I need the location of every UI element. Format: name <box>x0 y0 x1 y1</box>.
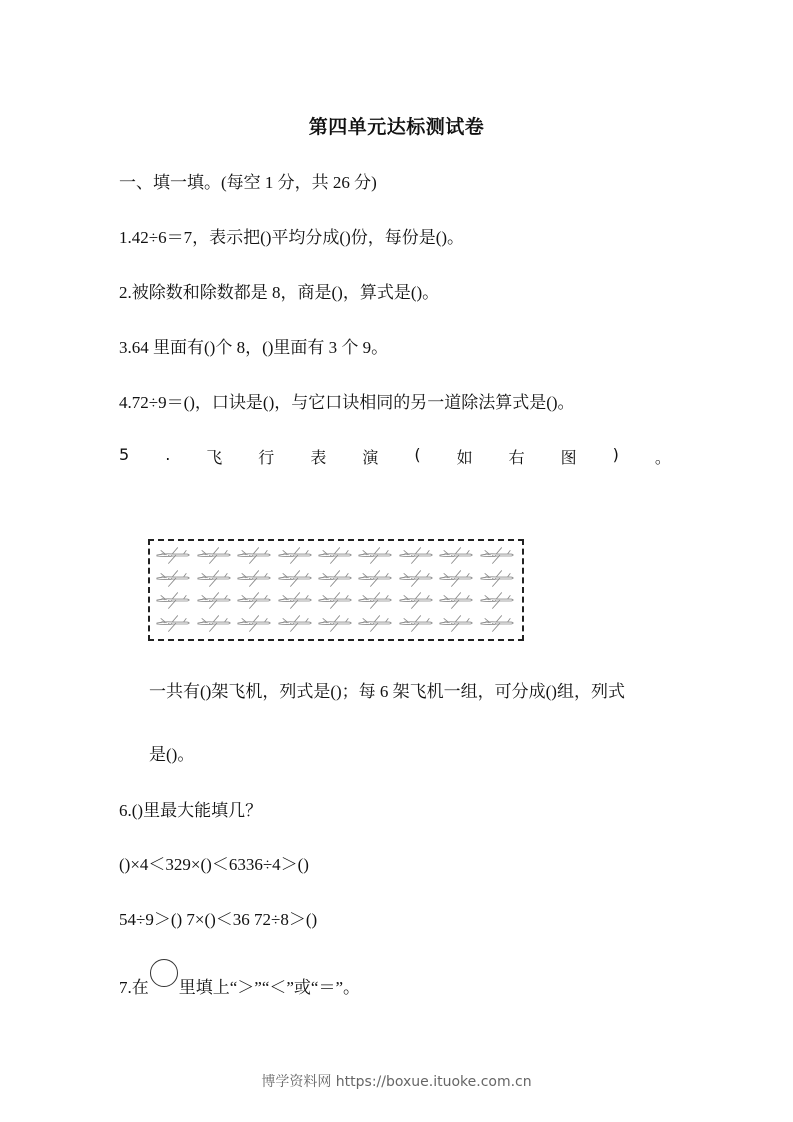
airplane-icon <box>316 613 356 636</box>
q5-char: 图 <box>561 445 577 468</box>
airplane-icon <box>437 590 477 613</box>
question-5-line-2: 是()。 <box>149 744 194 766</box>
q5-char: . <box>165 445 170 468</box>
q5-char: ( <box>414 445 420 468</box>
circle-icon <box>150 959 178 987</box>
watermark-footer: 博学资料网 https://boxue.ituoke.com.cn <box>0 1071 793 1091</box>
airplane-icon <box>437 545 477 568</box>
question-3: 3.64 里面有()个 8，()里面有 3 个 9。 <box>119 337 388 359</box>
airplane-icon <box>275 590 315 613</box>
q7-suffix: 里填上“＞”“＜”或“＝”。 <box>179 978 360 997</box>
airplane-icon <box>235 568 275 591</box>
page-title: 第四单元达标测试卷 <box>0 112 793 139</box>
airplane-icon <box>154 568 194 591</box>
question-5-heading: 5 . 飞 行 表 演 ( 如 右 图 ) 。 <box>119 445 671 468</box>
airplane-icon <box>478 613 518 636</box>
airplane-icon <box>275 568 315 591</box>
airplane-icon <box>397 590 437 613</box>
airplane-icon <box>235 545 275 568</box>
question-2: 2.被除数和除数都是 8，商是()，算式是()。 <box>119 282 439 304</box>
airplane-icon <box>356 545 396 568</box>
airplane-icon <box>154 613 194 636</box>
airplane-icon <box>235 590 275 613</box>
question-6: 6.()里最大能填几？ <box>119 800 262 822</box>
airplane-icon <box>397 545 437 568</box>
airplane-icon <box>316 568 356 591</box>
airplane-icon <box>478 568 518 591</box>
q5-char: 。 <box>655 445 671 468</box>
airplane-icon <box>397 568 437 591</box>
q5-char: 行 <box>258 445 274 468</box>
section-heading: 一、填一填。(每空 1 分，共 26 分) <box>119 172 377 194</box>
question-7: 7.在里填上“＞”“＜”或“＝”。 <box>119 967 360 999</box>
question-1: 1.42÷6＝7，表示把()平均分成()份，每份是()。 <box>119 227 464 249</box>
airplane-icon <box>356 613 396 636</box>
question-4: 4.72÷9＝()，口诀是()，与它口诀相同的另一道除法算式是()。 <box>119 392 575 414</box>
airplane-icon <box>235 613 275 636</box>
q5-char: 演 <box>362 445 378 468</box>
airplane-icon <box>194 545 234 568</box>
airplane-icon <box>194 590 234 613</box>
airplane-icon <box>478 590 518 613</box>
q5-char: 飞 <box>206 445 222 468</box>
question-6-row-1: ()×4＜329×()＜6336÷4＞() <box>119 854 309 876</box>
airplane-icon <box>154 545 194 568</box>
question-5-line-1: 一共有()架飞机，列式是()；每 6 架飞机一组，可分成()组，列式 <box>149 681 625 703</box>
q5-char: ) <box>613 445 619 468</box>
airplane-formation-figure <box>148 539 524 641</box>
q5-char: 右 <box>509 445 525 468</box>
question-6-row-2: 54÷9＞() 7×()＜36 72÷8＞() <box>119 909 317 931</box>
airplane-icon <box>275 613 315 636</box>
airplane-icon <box>316 545 356 568</box>
airplane-icon <box>478 545 518 568</box>
airplane-icon <box>397 613 437 636</box>
q7-prefix: 7.在 <box>119 978 149 997</box>
airplane-icon <box>275 545 315 568</box>
airplane-icon <box>356 590 396 613</box>
airplane-icon <box>154 590 194 613</box>
q5-char: 表 <box>310 445 326 468</box>
airplane-icon <box>194 613 234 636</box>
airplane-icon <box>437 613 477 636</box>
airplane-icon <box>437 568 477 591</box>
airplane-icon <box>356 568 396 591</box>
q5-char: 5 <box>119 445 129 468</box>
airplane-icon <box>194 568 234 591</box>
airplane-icon <box>316 590 356 613</box>
q5-char: 如 <box>457 445 473 468</box>
